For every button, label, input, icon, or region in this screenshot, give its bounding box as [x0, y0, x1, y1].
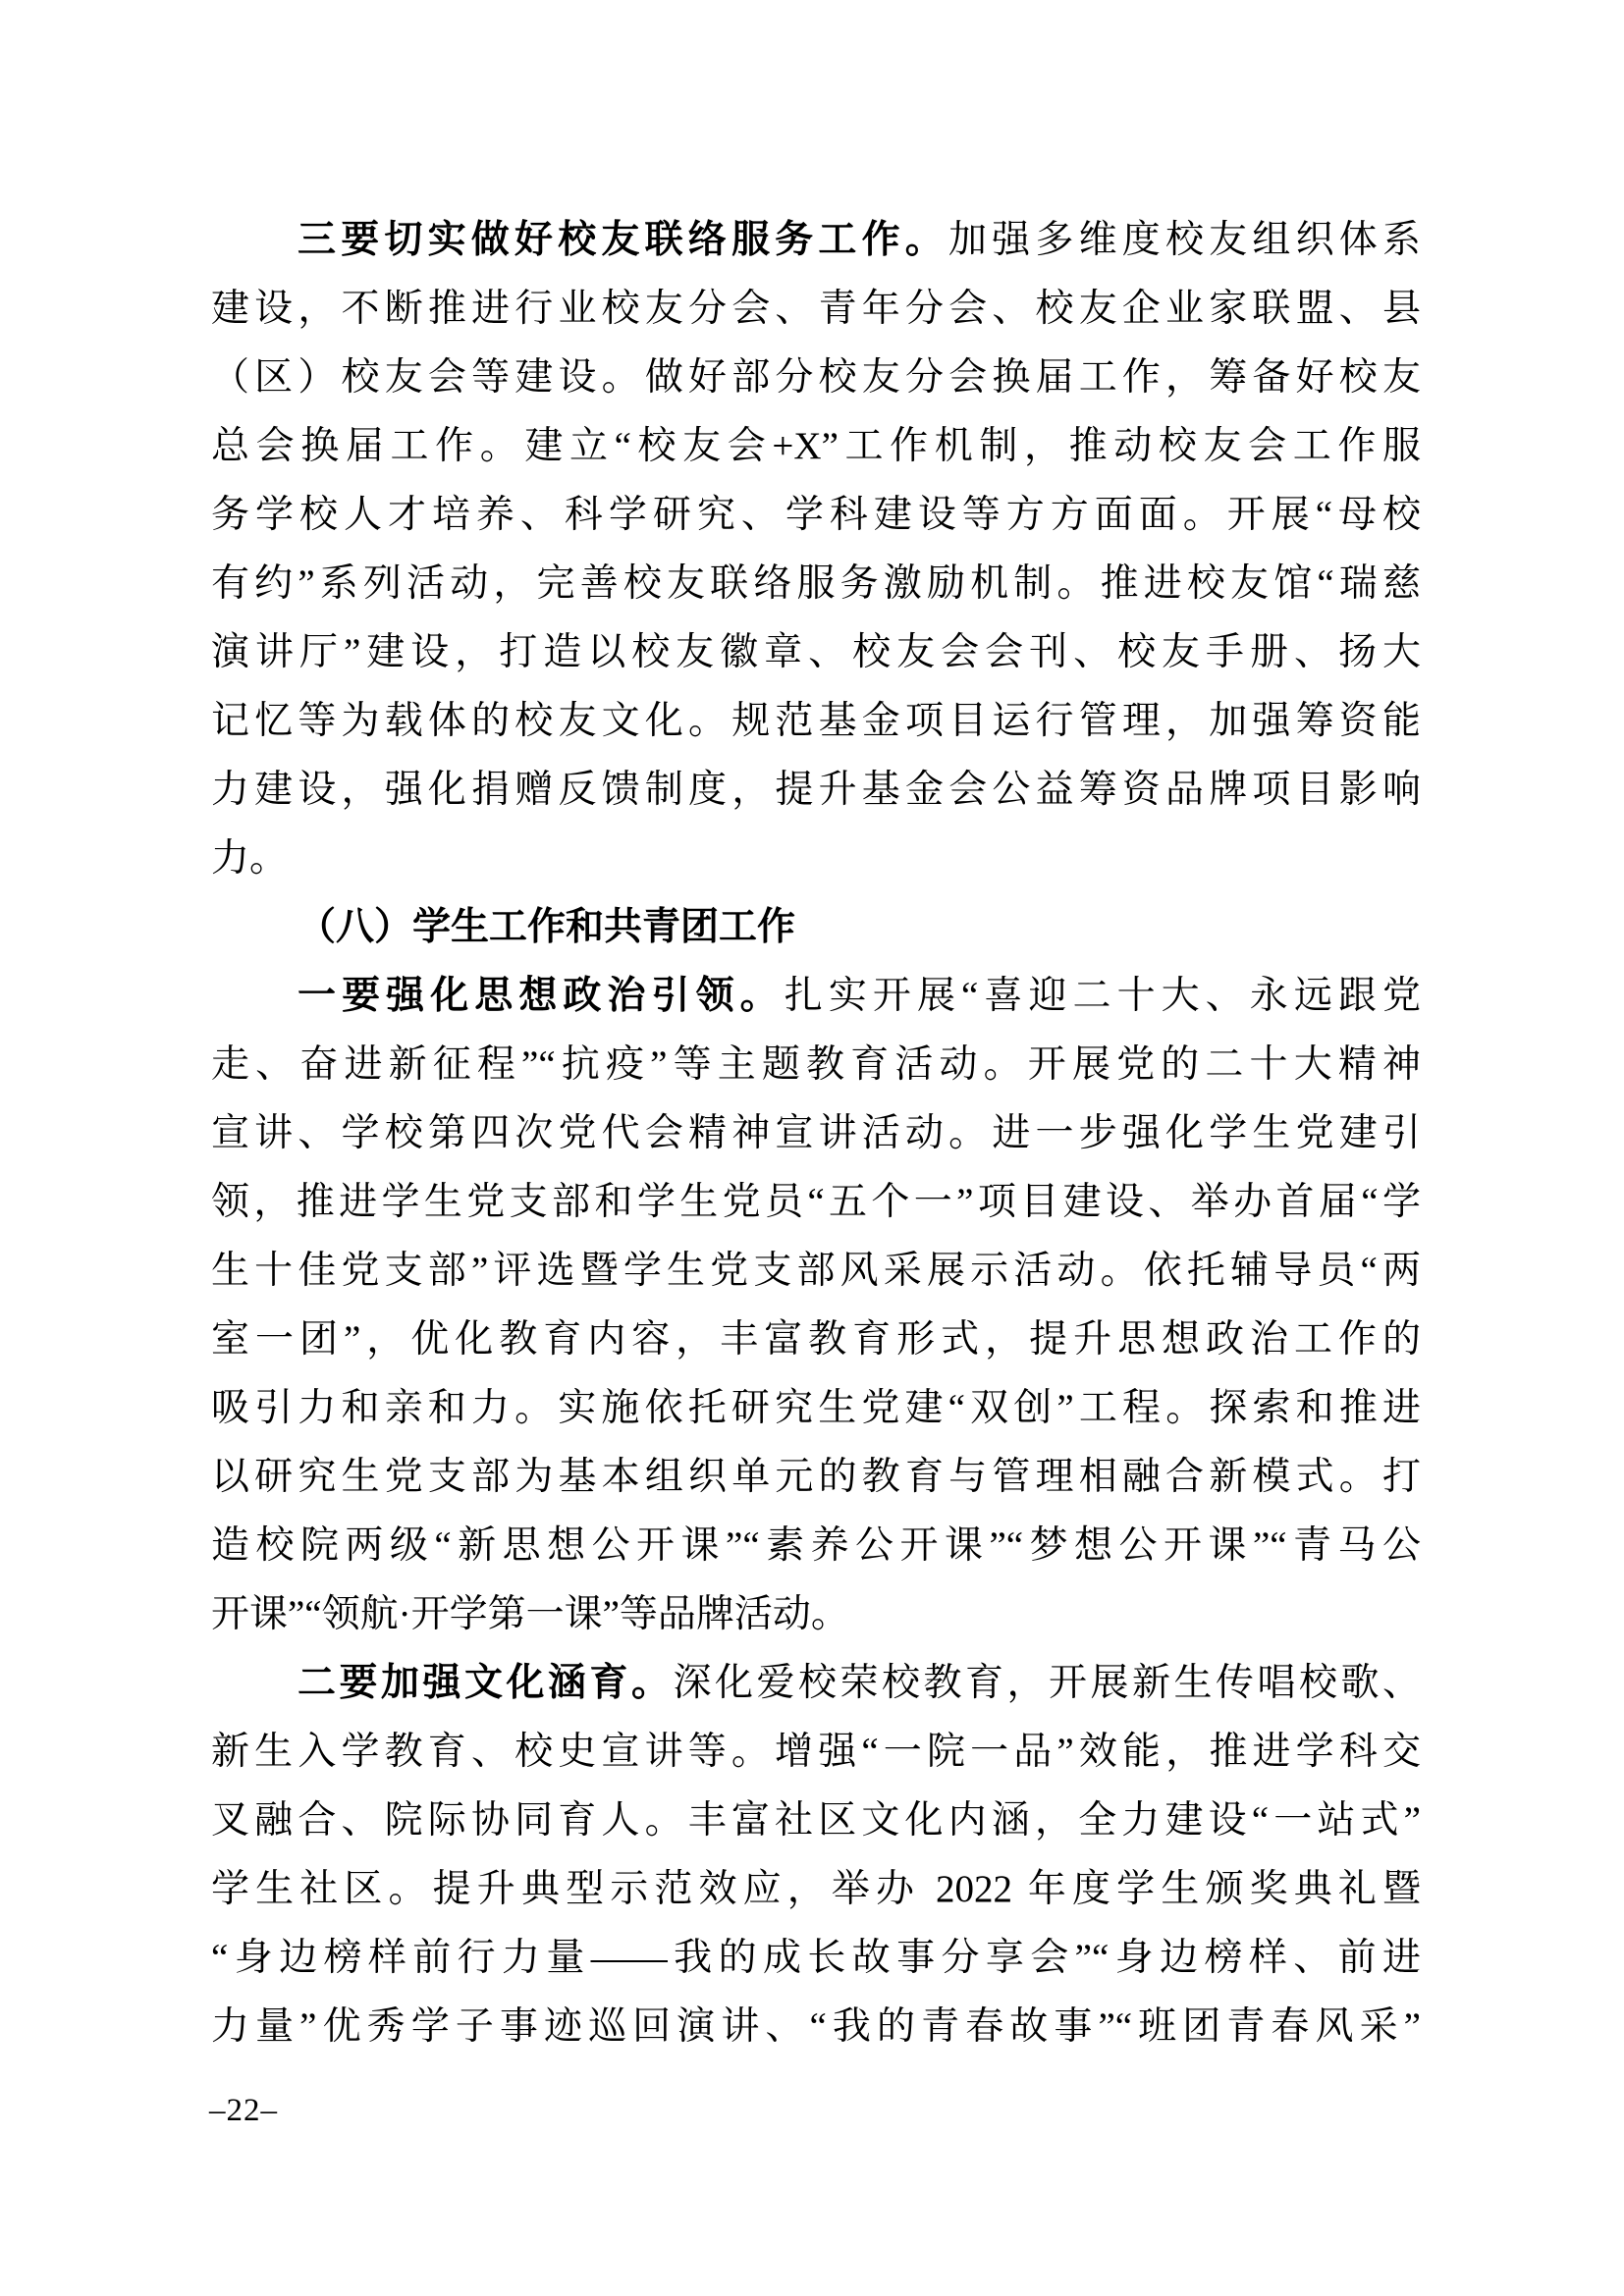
- text-line: 宣讲、学校第四次党代会精神宣讲活动。进一步强化学生党建引: [211, 1099, 1421, 1168]
- text-line: 建设，不断推进行业校友分会、青年分会、校友企业家联盟、县: [211, 275, 1421, 344]
- text-line: 叉融合、院际协同育人。丰富社区文化内涵，全力建设“一站式”: [211, 1787, 1421, 1855]
- bold-lead: 二要加强文化涵育。: [298, 1662, 674, 1704]
- text-line: 总会换届工作。建立“校友会+X”工作机制，推动校友会工作服: [211, 412, 1421, 481]
- text-line: “身边榜样前行力量——我的成长故事分享会”“身边榜样、前进: [211, 1924, 1421, 1993]
- text-line: 新生入学教育、校史宣讲等。增强“一院一品”效能，推进学科交: [211, 1718, 1421, 1787]
- line-text: 扎实开展“喜迎二十大、永远跟党: [785, 975, 1421, 1017]
- text-line: 力。: [211, 825, 1421, 893]
- text-line: 领，推进学生党支部和学生党员“五个一”项目建设、举办首届“学: [211, 1168, 1421, 1237]
- text-line: 以研究生党支部为基本组织单元的教育与管理相融合新模式。打: [211, 1443, 1421, 1512]
- bold-lead: 一要强化思想政治引领。: [298, 975, 785, 1017]
- page-number: –22–: [209, 2089, 278, 2132]
- text-line: 造校院两级“新思想公开课”“素养公开课”“梦想公开课”“青马公: [211, 1512, 1421, 1580]
- section-heading: （八）学生工作和共青团工作: [211, 893, 1421, 962]
- text-line: 演讲厅”建设，打造以校友徽章、校友会会刊、校友手册、扬大: [211, 618, 1421, 687]
- text-line: 一要强化思想政治引领。扎实开展“喜迎二十大、永远跟党: [211, 962, 1421, 1031]
- document-page: { "doc": { "page_number": "–22–", "lines…: [0, 0, 1624, 2296]
- text-line: 力建设，强化捐赠反馈制度，提升基金会公益筹资品牌项目影响: [211, 756, 1421, 825]
- line-text: 加强多维度校友组织体系: [948, 219, 1421, 261]
- text-line: 力量”优秀学子事迹巡回演讲、“我的青春故事”“班团青春风采”: [211, 1993, 1421, 2061]
- text-line: 二要加强文化涵育。深化爱校荣校教育，开展新生传唱校歌、: [211, 1649, 1421, 1718]
- text-line: 务学校人才培养、科学研究、学科建设等方方面面。开展“母校: [211, 481, 1421, 550]
- text-line: 三要切实做好校友联络服务工作。加强多维度校友组织体系: [211, 206, 1421, 275]
- text-line: 开课”“领航·开学第一课”等品牌活动。: [211, 1580, 1421, 1649]
- document-body: 三要切实做好校友联络服务工作。加强多维度校友组织体系 建设，不断推进行业校友分会…: [211, 206, 1421, 2061]
- text-line: 走、奋进新征程”“抗疫”等主题教育活动。开展党的二十大精神: [211, 1031, 1421, 1099]
- text-line: 吸引力和亲和力。实施依托研究生党建“双创”工程。探索和推进: [211, 1374, 1421, 1443]
- text-line: 室一团”，优化教育内容，丰富教育形式，提升思想政治工作的: [211, 1306, 1421, 1374]
- bold-lead: 三要切实做好校友联络服务工作。: [298, 219, 948, 261]
- text-line: （区）校友会等建设。做好部分校友分会换届工作，筹备好校友: [211, 344, 1421, 412]
- text-line: 记忆等为载体的校友文化。规范基金项目运行管理，加强筹资能: [211, 687, 1421, 756]
- line-text: 深化爱校荣校教育，开展新生传唱校歌、: [674, 1662, 1421, 1704]
- text-line: 生十佳党支部”评选暨学生党支部风采展示活动。依托辅导员“两: [211, 1237, 1421, 1306]
- text-line: 有约”系列活动，完善校友联络服务激励机制。推进校友馆“瑞慈: [211, 550, 1421, 618]
- text-line: 学生社区。提升典型示范效应，举办 2022 年度学生颁奖典礼暨: [211, 1855, 1421, 1924]
